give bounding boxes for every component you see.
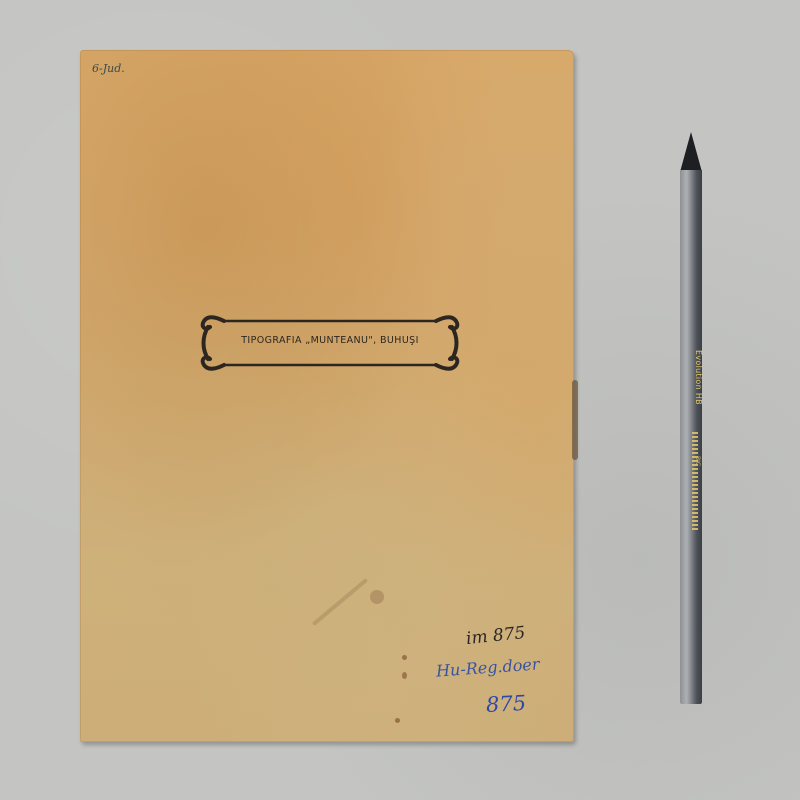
corner-handwritten-note: 6-Jud. [92,62,125,75]
pencil-body: Evolution HB BIC [680,170,702,704]
pencil-barcode [692,432,698,532]
handwritten-inventory-note: im 875 [465,623,526,649]
handwritten-register-note: Hu-Reg.doer [435,654,540,680]
booklet-cover: 6-Jud. TIPOGRAFIA „MUNTEANU", BUHUŞI im … [80,50,574,742]
pencil-brand-label: Evolution HB [694,350,703,405]
pencil: Evolution HB BIC [680,132,702,704]
stain-dot [402,655,407,660]
imprint-text: TIPOGRAFIA „MUNTEANU", BUHUŞI [198,335,462,346]
pencil-secondary-label: BIC [694,456,701,466]
stain [370,590,384,604]
stain-dot [395,718,400,723]
handwritten-number: 875 [485,691,526,717]
spine-shadow [572,380,578,460]
stain-dot [402,672,407,679]
pencil-tip [680,132,702,172]
printer-imprint: TIPOGRAFIA „MUNTEANU", BUHUŞI [198,313,462,373]
stain-streak [312,578,368,626]
